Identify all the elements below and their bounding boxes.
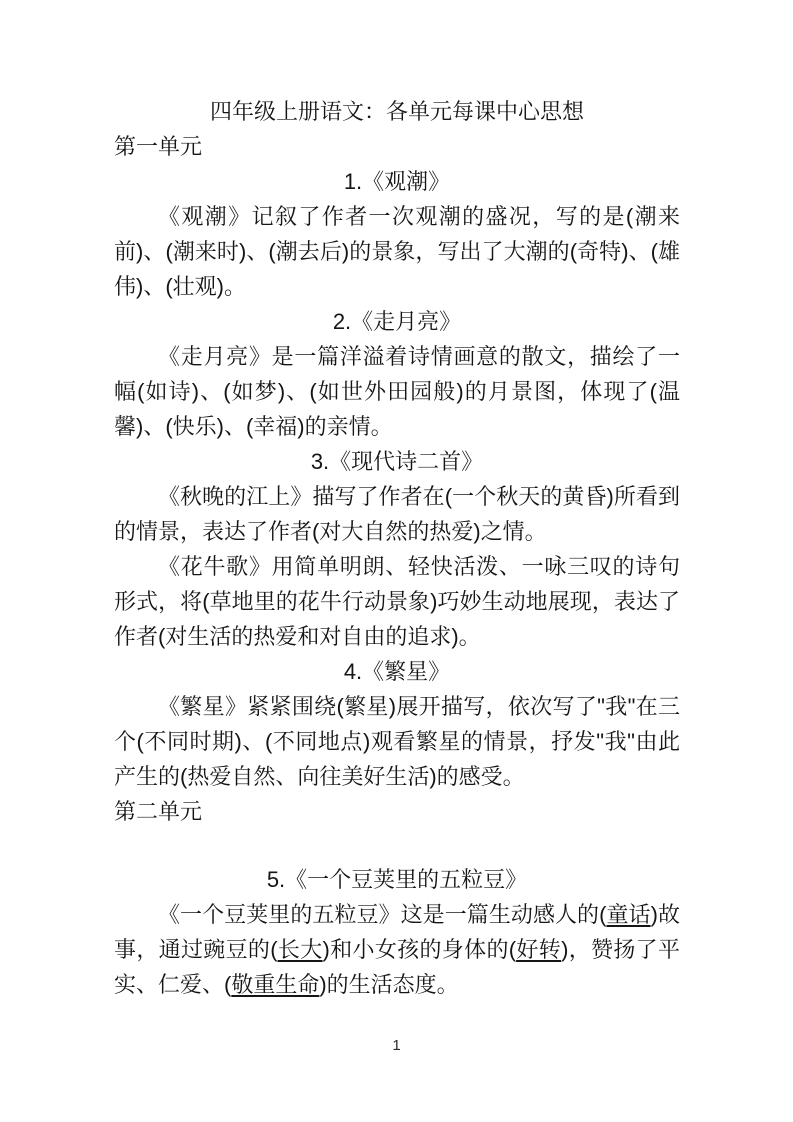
lesson-summary-qiuwan: 《秋晚的江上》描写了作者在(一个秋天的黄昏)所看到的情景，表达了作者(对大自然的… [114,479,680,549]
blank-line [114,829,680,862]
lesson-heading-zouyueliang: 2.《走月亮》 [114,304,680,339]
lesson-heading-doujia: 5.《一个豆荚里的五粒豆》 [114,862,680,897]
document-content: 四年级上册语文：各单元每课中心思想 第一单元 1.《观潮》 《观潮》记叙了作者一… [114,94,680,1002]
lesson-summary-zouyueliang: 《走月亮》是一篇洋溢着诗情画意的散文，描绘了一幅(如诗)、(如梦)、(如世外田园… [114,339,680,444]
underlined-term-tonghua: 童话 [606,902,650,927]
text-run: )和小女孩的身体的( [323,937,517,962]
lesson-heading-xiandaishi: 3.《现代诗二首》 [114,444,680,479]
document-page: 四年级上册语文：各单元每课中心思想 第一单元 1.《观潮》 《观潮》记叙了作者一… [0,0,793,1122]
underlined-term-zhangda: 长大 [278,937,323,962]
page-number: 1 [0,1036,793,1056]
lesson-summary-doujia: 《一个豆荚里的五粒豆》这是一篇生动感人的(童话)故事，通过豌豆的(长大)和小女孩… [114,897,680,1002]
lesson-summary-guanchao: 《观潮》记叙了作者一次观潮的盛况，写的是(潮来前)、(潮来时)、(潮去后)的景象… [114,199,680,304]
unit-heading-2: 第二单元 [114,794,680,829]
underlined-term-jingzhongshengming: 敬重生命 [231,972,319,997]
lesson-summary-huaniuge: 《花牛歌》用简单明朗、轻快活泼、一咏三叹的诗句形式，将(草地里的花牛行动景象)巧… [114,549,680,654]
underlined-term-haozhuan: 好转 [516,937,561,962]
lesson-heading-guanchao: 1.《观潮》 [114,164,680,199]
lesson-heading-fanxing: 4.《繁星》 [114,654,680,689]
document-title: 四年级上册语文：各单元每课中心思想 [114,94,680,129]
unit-heading-1: 第一单元 [114,129,680,164]
lesson-summary-fanxing: 《繁星》紧紧围绕(繁星)展开描写，依次写了"我"在三个(不同时期)、(不同地点)… [114,689,680,794]
text-run: 《一个豆荚里的五粒豆》这是一篇生动感人的( [158,902,606,927]
text-run: )的生活态度。 [319,972,458,997]
